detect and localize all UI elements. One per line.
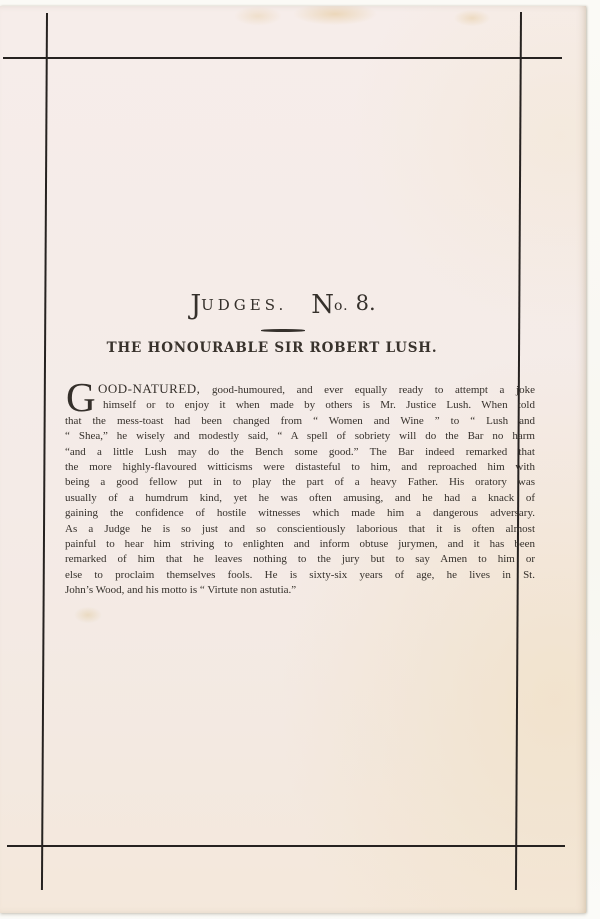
text-line: that the mess-toast had been changed fro… [65, 414, 535, 429]
series-title-rest: UDGES. [201, 296, 287, 314]
dropcap-letter: G [66, 382, 96, 412]
text-line: gaining the confidence of hostile witnes… [65, 506, 535, 521]
issue-word-initial: N [311, 290, 334, 320]
opening-caps: OOD-NATURED, [98, 381, 200, 396]
paper-sheet: JUDGES.No.8. THE HONOURABLE SIR ROBERT L… [0, 6, 586, 913]
text-line-rest: good-humoured, and ever equally ready to… [212, 384, 535, 396]
frame-border-bottom [7, 845, 565, 847]
frame-border-left [41, 13, 48, 890]
text-line: OOD-NATURED, good-humoured, and ever equ… [65, 381, 535, 398]
page-title: THE HONOURABLE SIR ROBERT LUSH. [0, 340, 555, 356]
article-text: G OOD-NATURED, good-humoured, and ever e… [65, 381, 535, 599]
heading-block: JUDGES.No.8. THE HONOURABLE SIR ROBERT L… [0, 285, 566, 356]
issue-number: 8. [356, 291, 376, 315]
text-line: else to proclaim themselves fools. He is… [65, 568, 535, 583]
issue-word-rest: o. [334, 298, 349, 314]
text-line: usually of a humdrum kind, yet he was of… [65, 491, 535, 506]
text-line: himself or to enjoy it when made by othe… [65, 398, 535, 413]
text-line: the more highly-flavoured witticisms wer… [65, 460, 535, 475]
issue-number-group: No.8. [311, 295, 375, 314]
frame-border-top [3, 57, 562, 59]
series-title: JUDGES.No.8. [0, 285, 566, 323]
text-line: “ Shea,” he wisely and modestly said, “ … [65, 429, 535, 444]
heading-rule [261, 329, 305, 332]
text-line: As a Judge he is so just and so conscien… [65, 522, 535, 537]
text-line: painful to hear him striving to enlighte… [65, 537, 535, 552]
text-line: remarked of him that he leaves nothing t… [65, 552, 535, 567]
series-title-initial: J [190, 290, 201, 321]
text-line: “and a little Lush may do the Bench some… [65, 445, 535, 460]
text-line: being a good fellow put in to play the p… [65, 475, 535, 490]
scanned-page: JUDGES.No.8. THE HONOURABLE SIR ROBERT L… [0, 0, 600, 919]
text-line: John’s Wood, and his motto is “ Virtute … [65, 583, 535, 598]
